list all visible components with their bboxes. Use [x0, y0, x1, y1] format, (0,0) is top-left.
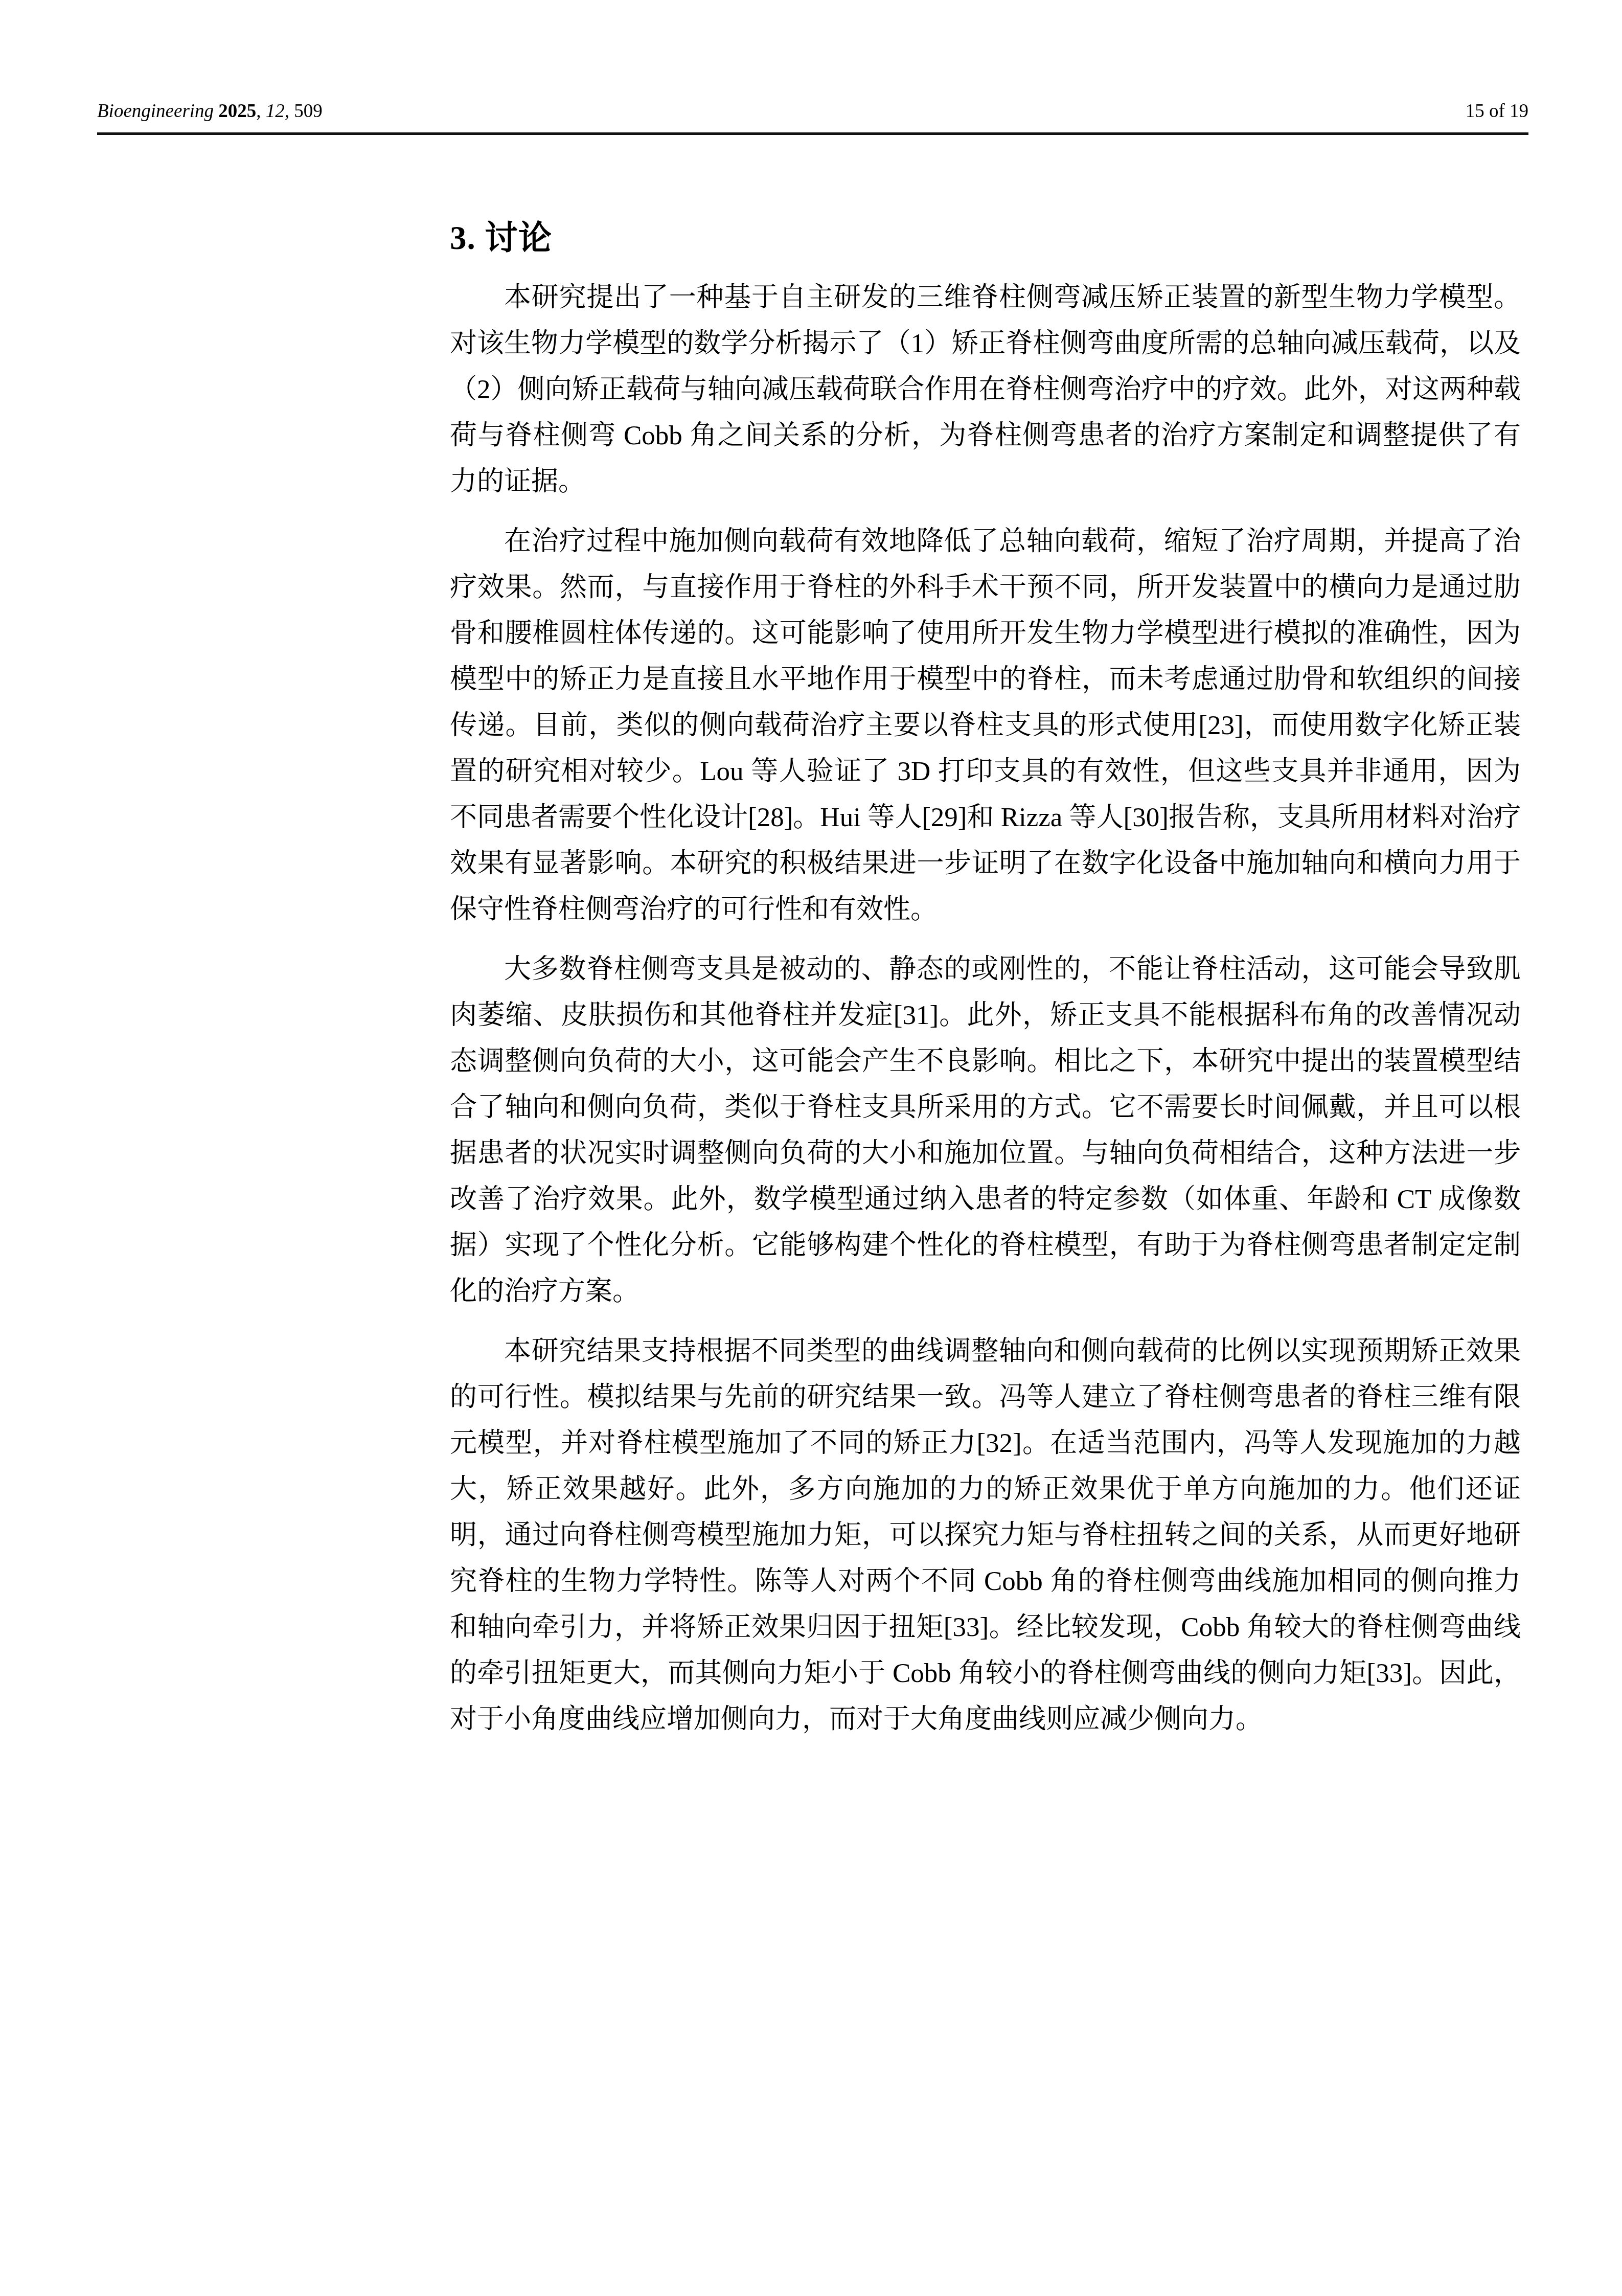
- citation-separator: ,: [256, 101, 266, 122]
- paper-page: Bioengineering 2025, 12, 509 15 of 19 3.…: [0, 0, 1622, 2296]
- journal-name: Bioengineering: [97, 101, 218, 122]
- page-header: Bioengineering 2025, 12, 509 15 of 19: [97, 100, 1528, 123]
- paragraph-4: 本研究结果支持根据不同类型的曲线调整轴向和侧向载荷的比例以实现预期矫正效果的可行…: [450, 1328, 1521, 1742]
- citation-separator-2: ,: [285, 101, 294, 122]
- paragraph-3: 大多数脊柱侧弯支具是被动的、静态的或刚性的，不能让脊柱活动，这可能会导致肌肉萎缩…: [450, 946, 1521, 1314]
- citation-article-number: 509: [294, 101, 323, 122]
- section-title: 3. 讨论: [450, 219, 1521, 258]
- citation-volume: 12: [266, 101, 285, 122]
- paragraph-1: 本研究提出了一种基于自主研发的三维脊柱侧弯减压矫正装置的新型生物力学模型。对该生…: [450, 275, 1521, 505]
- header-rule: [97, 132, 1528, 135]
- page-number: 15 of 19: [1466, 100, 1528, 123]
- paragraph-2: 在治疗过程中施加侧向载荷有效地降低了总轴向载荷，缩短了治疗周期，并提高了治疗效果…: [450, 518, 1521, 933]
- journal-citation: Bioengineering 2025, 12, 509: [97, 100, 323, 123]
- discussion-section: 3. 讨论 本研究提出了一种基于自主研发的三维脊柱侧弯减压矫正装置的新型生物力学…: [450, 219, 1521, 1756]
- citation-year: 2025: [218, 101, 256, 122]
